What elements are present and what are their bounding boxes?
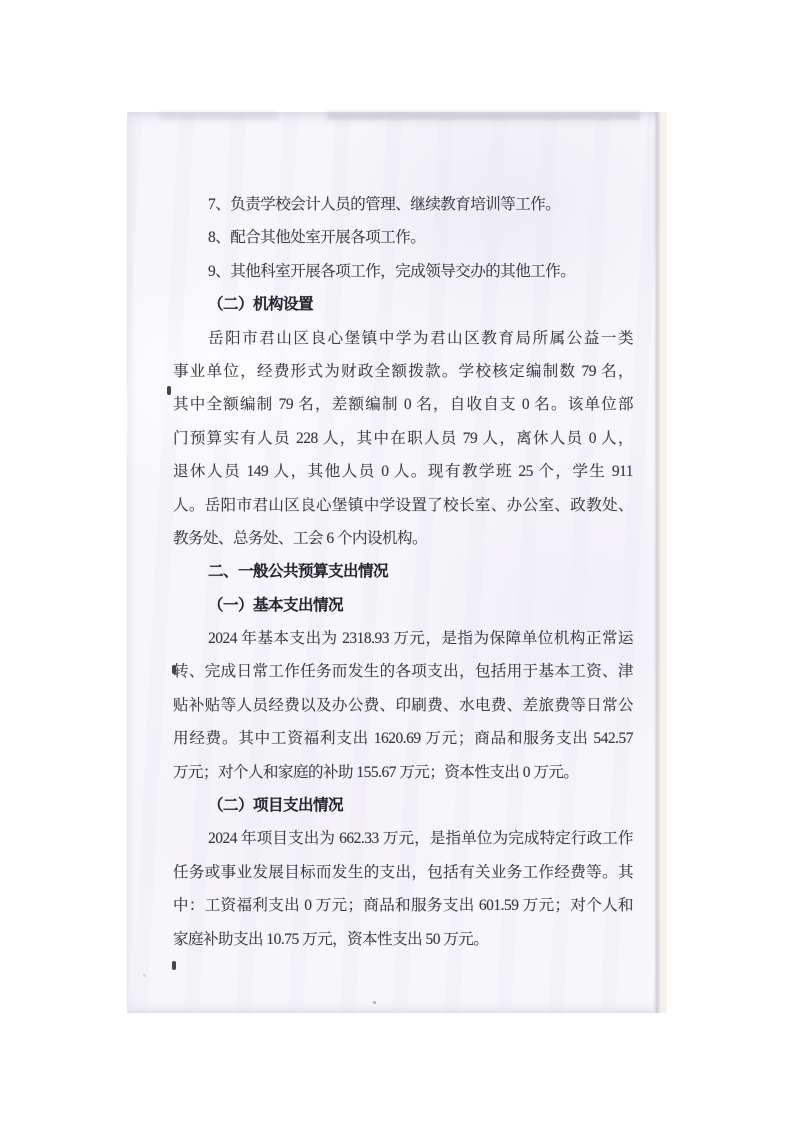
page-edge: [654, 112, 667, 1013]
text-line: 用经费。其中工资福利支出 1620.69 万元；商品和服务支出 542.57: [173, 722, 633, 755]
text-line: 其中全额编制 79 名，差额编制 0 名，自收自支 0 名。该单位部: [173, 388, 633, 421]
text-line: 转、完成日常工作任务而发生的各项支出，包括用于基本工资、津: [173, 655, 633, 688]
text-line: 中：工资福利支出 0 万元；商品和服务支出 601.59 万元；对个人和: [173, 889, 633, 922]
text-line: 教务处、总务处、工会 6 个内设机构。: [173, 522, 633, 555]
text-line: 万元；对个人和家庭的补助 155.67 万元；资本性支出 0 万元。: [173, 756, 633, 789]
scan-shadow-streak: [327, 112, 640, 120]
document-body-text: 7、负责学校会计人员的管理、继续教育培训等工作。8、配合其他处室开展各项工作。9…: [173, 188, 633, 956]
dust-speck: [373, 1001, 376, 1004]
heading-line: （二）机构设置: [173, 288, 633, 321]
scan-shadow-bottom: [127, 1000, 657, 1013]
text-line: 8、配合其他处室开展各项工作。: [173, 221, 633, 254]
text-line: 人。岳阳市君山区良心堡镇中学设置了校长室、办公室、政教处、: [173, 489, 633, 522]
text-line: 岳阳市君山区良心堡镇中学为君山区教育局所属公益一类: [173, 322, 633, 355]
text-line: 贴补贴等人员经费以及办公费、印刷费、水电费、差旅费等日常公: [173, 689, 633, 722]
text-line: 9、其他科室开展各项工作，完成领导交办的其他工作。: [173, 255, 633, 288]
text-line: 7、负责学校会计人员的管理、继续教育培训等工作。: [173, 188, 633, 221]
heading-line: 二、一般公共预算支出情况: [173, 555, 633, 588]
heading-line: （二）项目支出情况: [173, 789, 633, 822]
scan-shadow-streak: [159, 112, 278, 120]
text-line: 2024 年项目支出为 662.33 万元，是指单位为完成特定行政工作: [173, 822, 633, 855]
scanned-page: 7、负责学校会计人员的管理、继续教育培训等工作。8、配合其他处室开展各项工作。9…: [127, 112, 667, 1013]
text-line: 事业单位，经费形式为财政全额拨款。学校核定编制数 79 名，: [173, 355, 633, 388]
text-line: 2024 年基本支出为 2318.93 万元，是指为保障单位机构正常运: [173, 622, 633, 655]
scan-canvas: 7、负责学校会计人员的管理、继续教育培训等工作。8、配合其他处室开展各项工作。9…: [0, 0, 793, 1122]
text-line: 任务或事业发展目标而发生的支出，包括有关业务工作经费等。其: [173, 856, 633, 889]
ink-mark-artifact: [172, 961, 176, 970]
ink-mark-artifact: [172, 665, 176, 674]
text-line: 家庭补助支出 10.75 万元，资本性支出 50 万元。: [173, 923, 633, 956]
ink-mark-artifact: [167, 386, 171, 395]
dust-speck: [143, 974, 146, 977]
text-line: 门预算实有人员 228 人，其中在职人员 79 人，离休人员 0 人，: [173, 422, 633, 455]
text-line: 退休人员 149 人，其他人员 0 人。现有教学班 25 个，学生 911: [173, 455, 633, 488]
heading-line: （一）基本支出情况: [173, 589, 633, 622]
scan-shadow-left: [127, 112, 135, 1013]
